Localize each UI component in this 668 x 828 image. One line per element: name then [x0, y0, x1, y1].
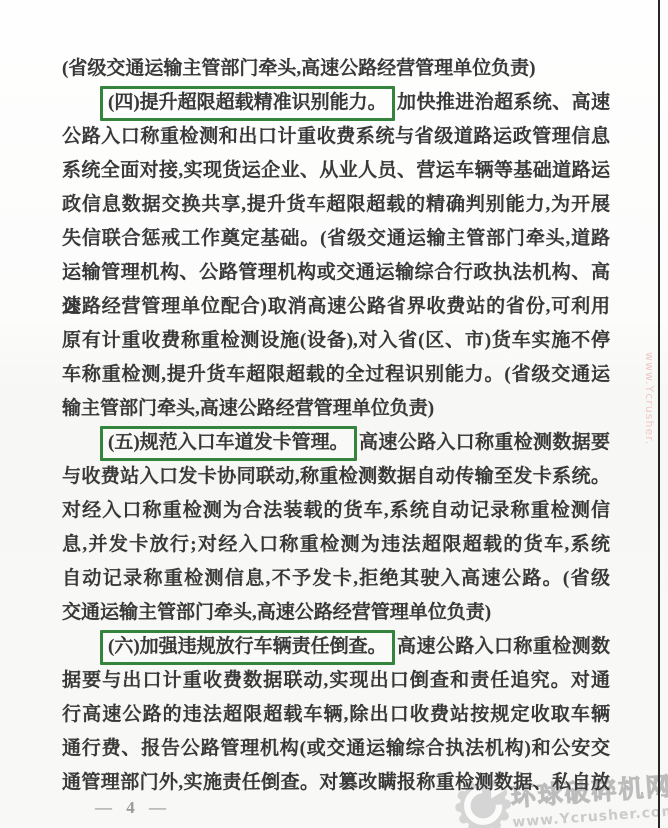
text-line: (六)加强违规放行车辆责任倒查。高速公路入口称重检测数	[62, 630, 610, 664]
text-line: 失信联合惩戒工作奠定基础。(省级交通运输主管部门牵头,道路	[62, 222, 610, 256]
text-line: 原有计重收费称重检测设施(设备),对入省(区、市)货车实施不停	[62, 324, 610, 358]
page-edge-line	[658, 0, 660, 828]
section-heading-box: (四)提升超限超载精准识别能力。	[100, 86, 395, 121]
text-line: (四)提升超限超载精准识别能力。加快推进治超系统、高速	[62, 86, 610, 120]
text-line: 自动记录称重检测信息,不予发卡,拒绝其驶入高速公路。(省级	[62, 562, 610, 596]
page-number: — 4 —	[95, 798, 171, 818]
text-line: 运输管理机构、公路管理机构或交通运输综合行政执法机构、高速	[62, 256, 610, 290]
side-url-watermark: www.Ycrusher.	[643, 352, 656, 445]
document-body: (省级交通运输主管部门牵头,高速公路经营管理单位负责) (四)提升超限超载精准识…	[62, 52, 610, 800]
text-line: 公路经营管理单位配合)取消高速公路省界收费站的省份,可利用	[62, 290, 610, 324]
text-line: 与收费站入口发卡协同联动,称重检测数据自动传输至发卡系统。	[62, 460, 610, 494]
text-line: 息,并发卡放行;对经入口称重检测为违法超限超载的货车,系统	[62, 528, 610, 562]
text-line: (五)规范入口车道发卡管理。高速公路入口称重检测数据要	[62, 426, 610, 460]
text-line: 输主管部门牵头,高速公路经营管理单位负责)	[62, 392, 610, 426]
text-line: 行高速公路的违法超限超载车辆,除出口收费站按规定收取车辆	[62, 698, 610, 732]
text-line-rest: 高速公路入口称重检测数据要	[359, 432, 610, 453]
text-line-rest: 加快推进治超系统、高速	[397, 92, 610, 113]
text-line: 车称重检测,提升货车超限超载的全过程识别能力。(省级交通运	[62, 358, 610, 392]
text-line: 公路入口称重检测和出口计重收费系统与省级道路运政管理信息	[62, 120, 610, 154]
text-line: (省级交通运输主管部门牵头,高速公路经营管理单位负责)	[62, 52, 610, 86]
text-line-rest: 高速公路入口称重检测数	[397, 636, 610, 657]
text-line: 据要与出口计重收费数据联动,实现出口倒查和责任追究。对通	[62, 664, 610, 698]
text-line: 系统全面对接,实现货运企业、从业人员、营运车辆等基础道路运	[62, 154, 610, 188]
text-line: 通管理部门外,实施责任倒查。对篡改瞒报称重检测数据、私自放	[62, 766, 610, 800]
text-line: 通行费、报告公路管理机构(或交通运输综合执法机构)和公安交	[62, 732, 610, 766]
text-line: 交通运输主管部门牵头,高速公路经营管理单位负责)	[62, 596, 610, 630]
section-heading-box: (五)规范入口车道发卡管理。	[100, 426, 357, 461]
text-line: 政信息数据交换共享,提升货车超限超载的精确判别能力,为开展	[62, 188, 610, 222]
text-line: 对经入口称重检测为合法装载的货车,系统自动记录称重检测信	[62, 494, 610, 528]
scanned-document-page: (省级交通运输主管部门牵头,高速公路经营管理单位负责) (四)提升超限超载精准识…	[0, 0, 668, 828]
section-heading-box: (六)加强违规放行车辆责任倒查。	[100, 630, 395, 665]
